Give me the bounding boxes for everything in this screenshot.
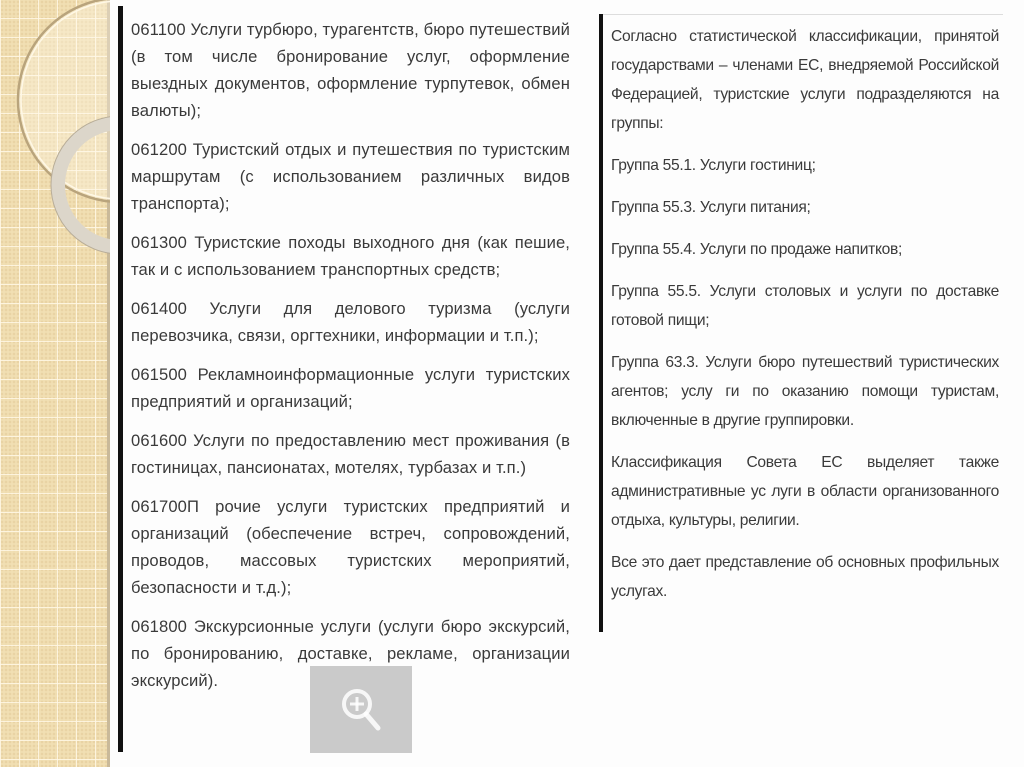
code-paragraph: 061500 Рекламноинформационные услуги тур… [131, 361, 570, 415]
code-paragraph: 061400 Услуги для делового туризма (услу… [131, 295, 570, 349]
zoom-in-button[interactable] [310, 666, 412, 753]
code-paragraph: 061300 Туристские походы выходного дня (… [131, 229, 570, 283]
zoom-in-icon [338, 685, 384, 735]
group-paragraph: Группа 63.3. Услуги бюро путешествий тур… [611, 348, 999, 435]
group-paragraph: Группа 55.1. Услуги гостиниц; [611, 151, 999, 180]
code-paragraph: 061600 Услуги по предоставлению мест про… [131, 427, 570, 481]
council-paragraph: Классификация Совета ЕС выделяет также а… [611, 448, 999, 535]
decorative-side-panel [0, 0, 110, 767]
group-paragraph: Группа 55.3. Услуги питания; [611, 193, 999, 222]
code-paragraph: 061100 Услуги турбюро, турагентств, бюро… [131, 16, 570, 124]
group-paragraph: Группа 55.5. Услуги столовых и услуги по… [611, 277, 999, 335]
code-paragraph: 061700П рочие услуги туристских предприя… [131, 493, 570, 601]
summary-paragraph: Все это дает представление об основных п… [611, 548, 999, 606]
decorative-rings-icon [0, 0, 110, 767]
intro-paragraph: Согласно статистической классификации, п… [611, 22, 999, 138]
group-paragraph: Группа 55.4. Услуги по продаже напитков; [611, 235, 999, 264]
eu-classification-text: Согласно статистической классификации, п… [599, 14, 999, 632]
ocved-code-list: 061100 Услуги турбюро, турагентств, бюро… [118, 6, 570, 752]
code-paragraph: 061200 Туристский отдых и путешествия по… [131, 136, 570, 217]
